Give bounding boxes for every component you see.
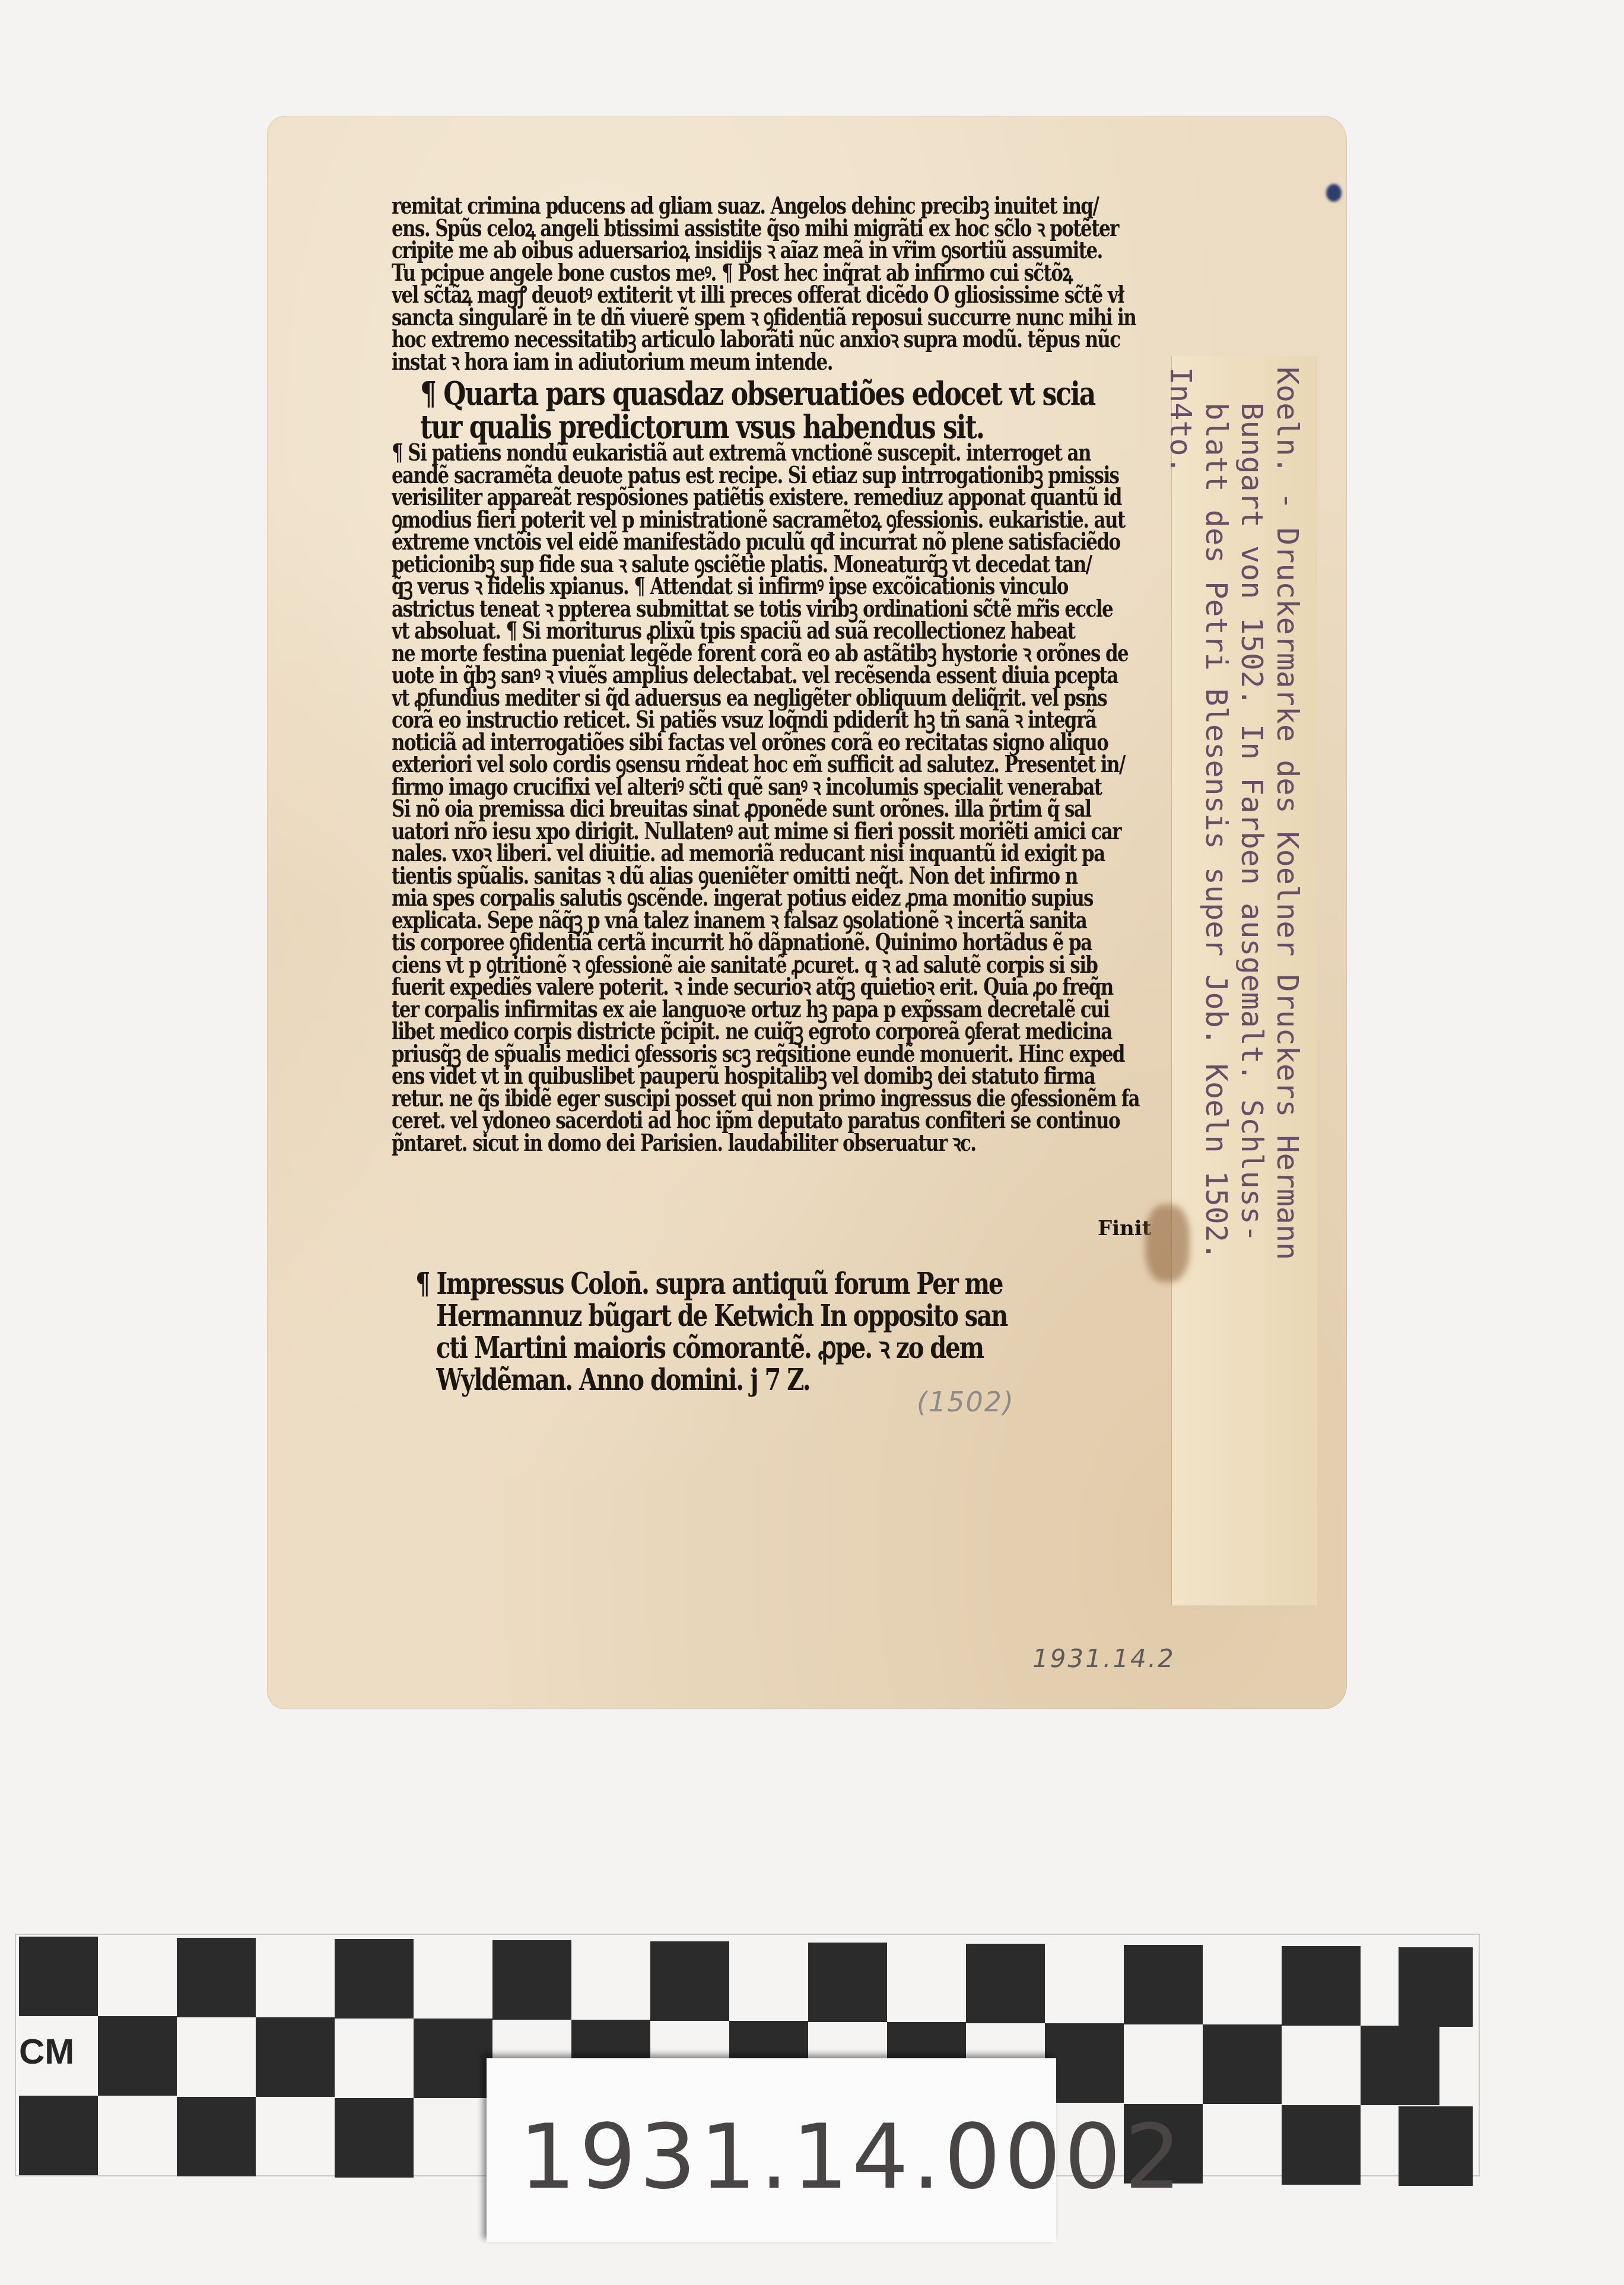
water-stain <box>1145 1205 1190 1282</box>
pencil-accession-number: 1931.14.2 <box>1032 1644 1175 1673</box>
colophon-line: Wyldẽman. Anno domini. j 7 Z. <box>436 1360 1127 1401</box>
pencil-date-note: (1502) <box>917 1386 1015 1418</box>
scale-unit-label: CM <box>19 2031 74 2072</box>
object-number-tag: 1931.14.0002 <box>487 2058 1056 2242</box>
typed-label-text: Koeln. - Druckermarke des Koelner Drucke… <box>1163 367 1305 1601</box>
typed-label-strip: Koeln. - Druckermarke des Koelner Drucke… <box>1172 356 1317 1605</box>
text-line: instat ꝛ hora iam in adiutorium meum int… <box>392 349 1190 377</box>
printed-text-block: remitat crimina pducens ad gliam suaz. A… <box>392 193 1190 1152</box>
colophon: ¶ Impressus Colon̄. supra antiquũ forum … <box>415 1264 1127 1392</box>
object-number: 1931.14.0002 <box>519 2106 1185 2209</box>
text-line: p̃ntaret. sicut in domo dei Parisien. la… <box>392 1130 1190 1158</box>
ink-spot <box>1326 184 1342 202</box>
manuscript-leaf: remitat crimina pducens ad gliam suaz. A… <box>267 116 1347 1709</box>
finit-mark: Finit <box>1098 1217 1151 1240</box>
